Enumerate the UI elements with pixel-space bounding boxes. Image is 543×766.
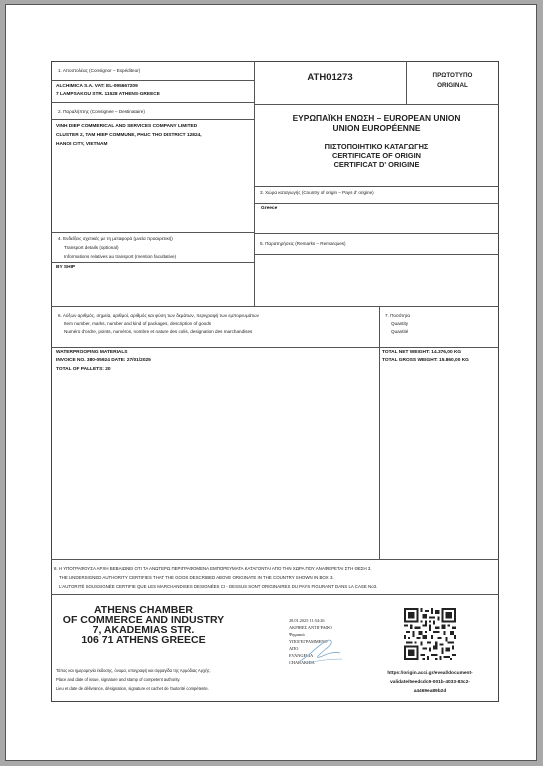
pallets-total: TOTAL OF PALLETS: 20 [56, 366, 111, 374]
original-label-english: ORIGINAL [406, 81, 499, 91]
divider [254, 233, 499, 234]
consignee-line-2: CLUSTER 2, TAM HIEP COMMUNE, PHUC THO DI… [56, 132, 202, 140]
issue-label-french: Lieu et date de délivrance, désignation,… [56, 685, 209, 692]
box3-label: 3. Χώρα καταγωγής (Country of origin – P… [260, 189, 374, 196]
goods-description: WATERPROOFING MATERIALS [56, 349, 128, 357]
divider [51, 347, 499, 348]
box6-label-1: 6. Αύξων αριθμός, σημεία, αριθμοί, αριθμ… [58, 312, 259, 319]
box4-label-3: Informations relatives au transport (men… [64, 253, 176, 260]
box2-label: 2. Παραλήπτης (Consignee – Destinataire) [58, 108, 145, 115]
validation-url-1[interactable]: https://origin.acci.gr/eveal/document- [376, 669, 484, 678]
box8-line-1: 8. Η ΥΠΟΓΡΑΦΟΥΣΑ ΑΡΧΗ ΒΕΒΑΙΩΝΕΙ ΟΤΙ ΤΑ Α… [54, 565, 372, 572]
consignee-line-1: VINH DIEP COMMERICAL AND SERVICES COMPAN… [56, 123, 197, 131]
validation-url-3[interactable]: a4469ea89b2d [376, 687, 484, 696]
validation-url-2[interactable]: validate/5eedcdc9-001b-4033-83c2- [376, 678, 484, 687]
divider [254, 61, 255, 306]
title-eu: ΕΥΡΩΠΑΪΚΗ ΕΝΩΣΗ – EUROPEAN UNION [254, 113, 499, 123]
issue-label-greek: Τόπος και ημερομηνία έκδοσης, όνομα, υπο… [56, 667, 211, 674]
issue-label-english: Place and date of issue, signature and s… [56, 676, 180, 683]
divider [254, 254, 499, 255]
divider [51, 119, 254, 120]
qr-code-icon[interactable] [404, 608, 456, 660]
document-page: 1. Αποστολέας (Consignor – Expéditeur) A… [5, 4, 537, 761]
box4-label-1: 4. Ενδείξεις σχετικές με τη μεταφορά (μν… [58, 235, 173, 242]
certificate-number: ATH01273 [254, 72, 406, 83]
box8-line-2: THE UNDERSIGNED AUTHORITY CERTIFIES THAT… [59, 574, 334, 581]
title-certificate-english: CERTIFICATE OF ORIGIN [254, 151, 499, 160]
divider [254, 186, 499, 187]
divider [254, 104, 499, 105]
original-label-greek: ΠΡΩΤΟΤΥΠΟ [406, 71, 499, 81]
box8-line-3: L'AUTORITÉ SOUSSIGNÉE CERTIFIE QUE LES M… [59, 583, 377, 590]
box6-label-2: Item number, marks, number and kind of p… [64, 320, 211, 327]
divider [379, 306, 380, 559]
divider [51, 102, 254, 103]
divider [51, 262, 254, 263]
consignor-line-2: 7 LAMPSAKOU STR. 11528 ATHENS-GREECE [56, 91, 160, 99]
box7-label-3: Quantité [391, 328, 408, 335]
divider [51, 594, 499, 595]
chamber-address-2: 106 71 ATHENS GREECE [56, 635, 231, 645]
box7-label-2: Quantity [391, 320, 408, 327]
box7-label-1: 7. Ποσότητα [385, 312, 410, 319]
title-certificate-french: CERTIFICAT D' ORIGINE [254, 160, 499, 169]
box1-label: 1. Αποστολέας (Consignor – Expéditeur) [58, 67, 140, 74]
box4-label-2: Transport details (optional) [64, 244, 118, 251]
country-of-origin: Greece [261, 205, 277, 213]
gross-weight: TOTAL GROSS WEIGHT: 15.860,00 KG [382, 357, 469, 365]
divider [254, 203, 499, 204]
invoice-info: INVOICE NO. 380-05924 DATE: 27/01/2025 [56, 357, 151, 365]
divider [51, 232, 254, 233]
divider [51, 559, 499, 560]
consignor-line-1: ALCHIMICA S.A. VAT: EL-095667209 [56, 83, 138, 91]
box6-label-3: Numéro d'ordre, points, numéros, nombre … [64, 328, 252, 335]
signature-icon [296, 637, 346, 665]
title-certificate-greek: ΠΙΣΤΟΠΟΙΗΤΙΚΟ ΚΑΤΑΓΩΓΗΣ [254, 142, 499, 151]
title-eu-fr: UNION EUROPÉENNE [254, 123, 499, 133]
transport-details: BY SHIP [56, 264, 75, 272]
consignee-line-3: HANOI CITY, VIETNAM [56, 141, 107, 149]
net-weight: TOTAL NET WEIGHT: 14.376,00 KG [382, 349, 461, 357]
box5-label: 5. Παρατηρήσεις (Remarks – Remarques) [260, 240, 346, 247]
divider [51, 306, 499, 307]
divider [51, 80, 254, 81]
